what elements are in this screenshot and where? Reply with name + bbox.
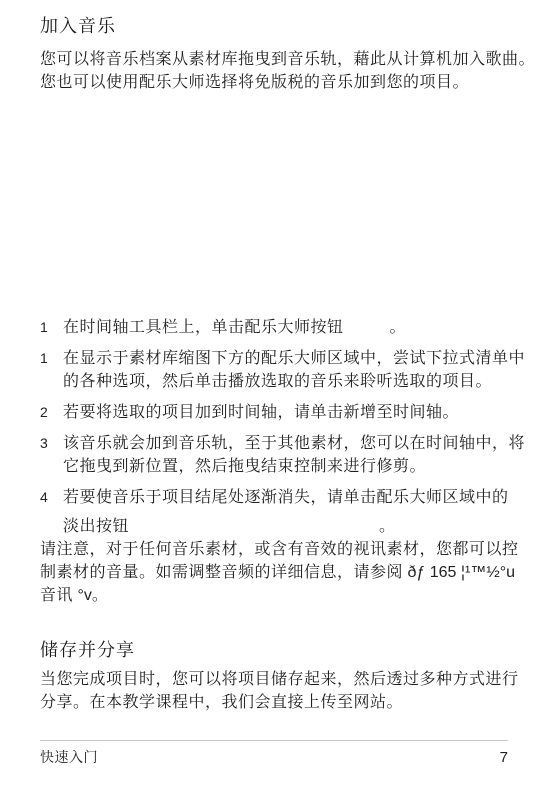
share-paragraph: 当您完成项目时，您可以将项目储存起来，然后透过多种方式进行 分享。在本教学课程中… [40,668,508,714]
step-text-suffix: 。 [379,518,396,535]
list-item-number: 2 [40,401,63,424]
step-text-suffix: 。 [390,319,407,336]
paragraph-line: 制素材的音量。如需调整音频的详细信息，请参阅 ðƒ 165 ¦¹™½°u [40,561,508,584]
footer-section-label: 快速入门 [40,747,98,767]
paragraph-line: 分享。在本教学课程中，我们会直接上传至网站。 [40,691,508,714]
page-title: 加入音乐 [40,12,508,38]
paragraph-line: 若要将选取的项目加到时间轴，请单击新增至时间轴。 [63,401,508,424]
paragraph-line: 当您完成项目时，您可以将项目储存起来，然后透过多种方式进行 [40,668,508,691]
section-heading: 储存并分享 [40,636,508,662]
paragraph-line: 在显示于素材库缩图下方的配乐大师区域中，尝试下拉式清单中 [63,347,525,370]
step-text: 淡出按钮 [63,518,129,535]
fade-out-button-placeholder-icon [129,530,379,531]
step-text: 在时间轴工具栏上，单击配乐大师按钮 [63,319,344,336]
list-item: 3 该音乐就会加到音乐轨，至于其他素材，您可以在时间轴中，将 它拖曳到新位置，然… [40,432,508,478]
page-footer: 快速入门 7 [40,747,508,767]
steps-list: 1 在时间轴工具栏上，单击配乐大师按钮。 1 在显示于素材库缩图下方的配乐大师区… [40,316,508,546]
paragraph-line: 您可以将音乐档案从素材库拖曳到音乐轨，藉此从计算机加入歌曲。 [40,48,508,71]
paragraph-line: 淡出按钮。 [63,515,509,538]
cross-reference-text: ðƒ 165 ¦¹™½°u [408,564,516,581]
footer-page-number: 7 [500,749,508,766]
list-item-number: 1 [40,347,63,393]
paragraph-line: 若要使音乐于项目结尾处逐渐消失，请单击配乐大师区域中的 [63,486,509,509]
note-paragraph: 请注意，对于任何音乐素材，或含有音效的视讯素材，您都可以控 制素材的音量。如需调… [40,538,508,607]
note-text: 音讯 [40,587,78,604]
paragraph-line: 请注意，对于任何音乐素材，或含有音效的视讯素材，您都可以控 [40,538,508,561]
paragraph-line: 该音乐就会加到音乐轨，至于其他素材，您可以在时间轴中，将 [63,432,525,455]
list-item: 2 若要将选取的项目加到时间轴，请单击新增至时间轴。 [40,401,508,424]
list-item-number: 4 [40,486,63,538]
image-placeholder [40,100,508,310]
list-item-number: 1 [40,316,63,339]
note-text-suffix: 。 [92,587,109,604]
intro-paragraph: 您可以将音乐档案从素材库拖曳到音乐轨，藉此从计算机加入歌曲。 您也可以使用配乐大… [40,48,508,94]
paragraph-line: 音讯 °v。 [40,584,508,607]
paragraph-line: 的各种选项，然后单击播放选取的音乐来聆听选取的项目。 [63,370,525,393]
footer-divider [40,740,508,741]
paragraph-line: 您也可以使用配乐大师选择将免版税的音乐加到您的项目。 [40,71,508,94]
list-item: 1 在显示于素材库缩图下方的配乐大师区域中，尝试下拉式清单中 的各种选项，然后单… [40,347,508,393]
list-item: 1 在时间轴工具栏上，单击配乐大师按钮。 [40,316,508,339]
paragraph-line: 它拖曳到新位置，然后拖曳结束控制来进行修剪。 [63,455,525,478]
document-page: 加入音乐 您可以将音乐档案从素材库拖曳到音乐轨，藉此从计算机加入歌曲。 您也可以… [0,0,541,785]
list-item-number: 3 [40,432,63,478]
soundtrack-button-placeholder-icon [344,331,390,332]
list-item: 4 若要使音乐于项目结尾处逐渐消失，请单击配乐大师区域中的 淡出按钮。 [40,486,508,538]
note-text: 制素材的音量。如需调整音频的详细信息，请参阅 [40,564,408,581]
paragraph-line: 在时间轴工具栏上，单击配乐大师按钮。 [63,316,508,339]
cross-reference-text: °v [78,587,92,604]
